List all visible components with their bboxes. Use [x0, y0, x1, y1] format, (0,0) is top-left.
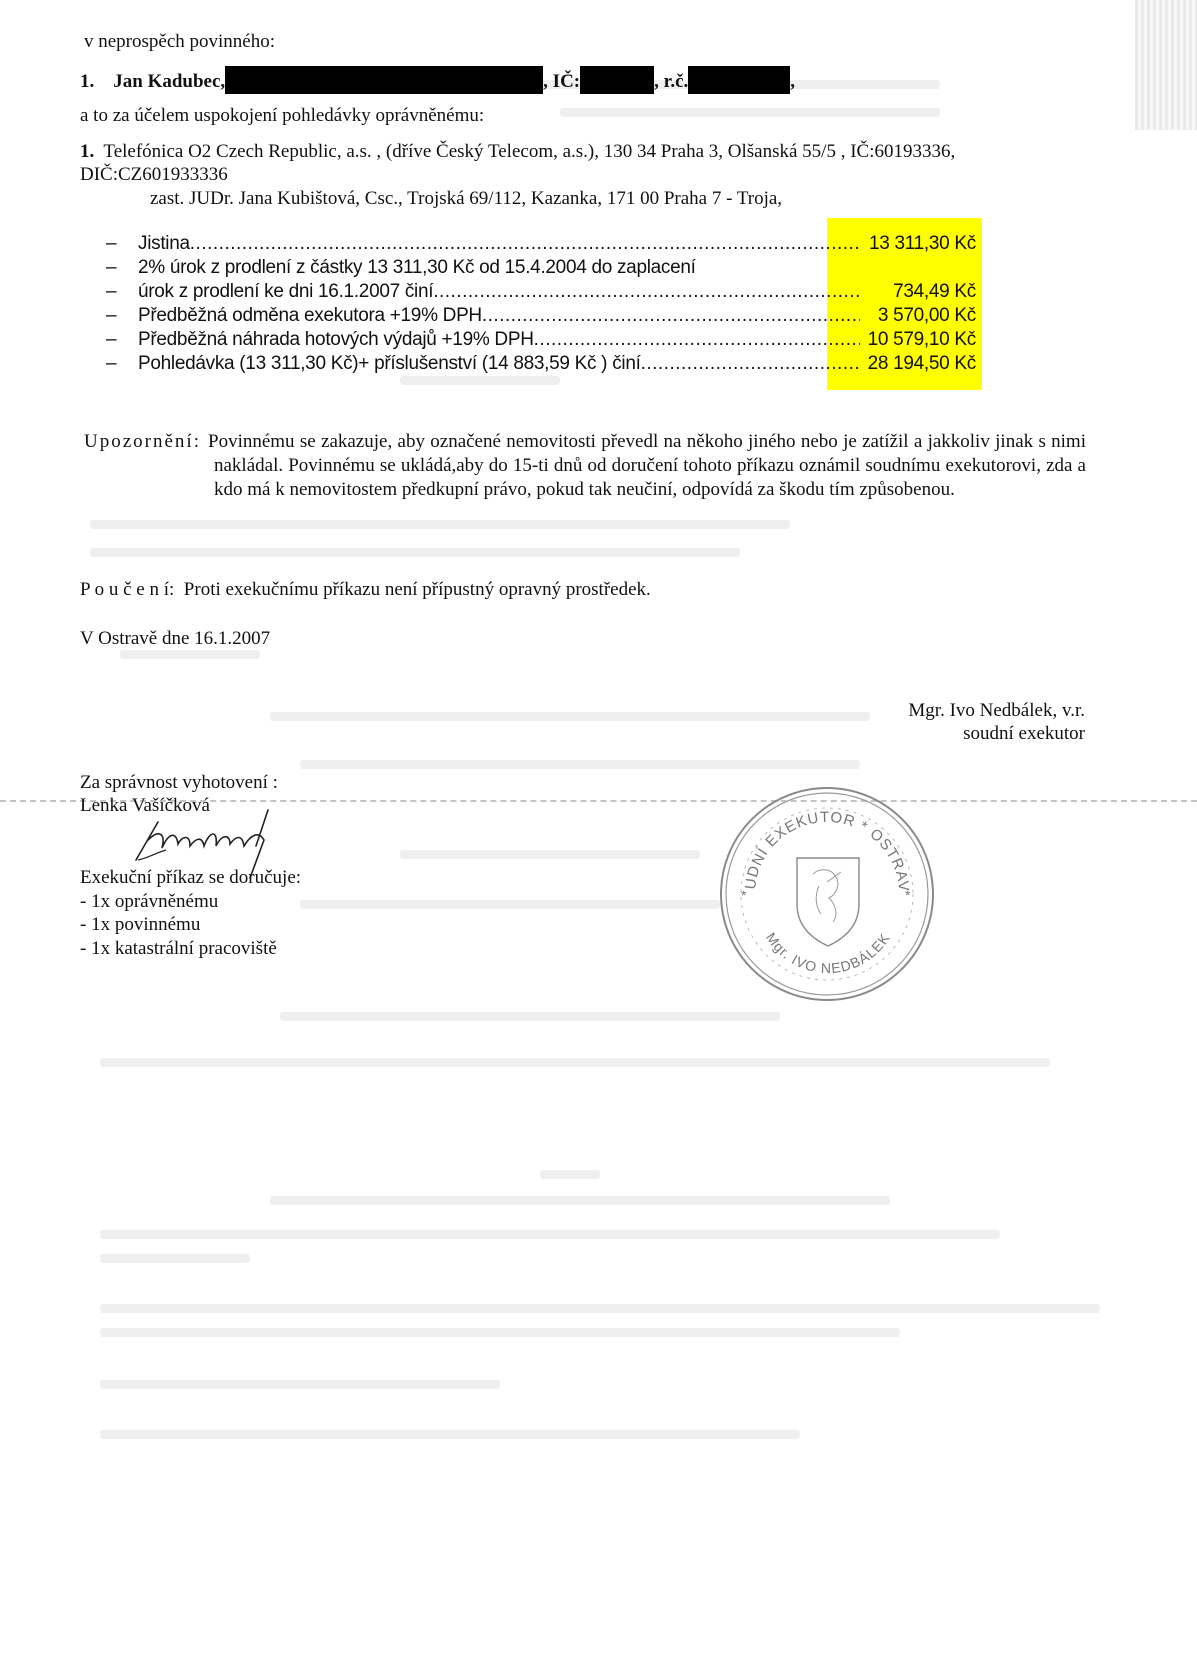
bleed-through-text: [270, 712, 870, 721]
notice-label: Upozornění:: [84, 430, 201, 454]
leader-dots: [482, 304, 860, 328]
leader-dots: [534, 328, 860, 352]
bleed-through-text: [90, 520, 790, 529]
claim-row: – úrok z prodlení ke dni 16.1.2007 činí …: [100, 280, 980, 304]
svg-text:Mgr. IVO NEDBÁLEK: Mgr. IVO NEDBÁLEK: [763, 930, 893, 977]
coat-of-arms-icon: [797, 858, 859, 946]
notice-text: Povinnému se zakazuje, aby označené nemo…: [208, 430, 1086, 502]
bleed-through-text: [270, 1196, 890, 1205]
bleed-through-text: [100, 1254, 250, 1263]
claim-amount: 13 311,30 Kč: [860, 232, 980, 256]
claim-row: – Jistina 13 311,30 Kč: [100, 232, 980, 256]
scan-artifact: [1135, 0, 1197, 130]
delivery-title: Exekuční příkaz se doručuje:: [80, 866, 301, 890]
claim-dash: –: [100, 304, 138, 328]
redacted-ic: [580, 66, 654, 94]
signatory-name: Mgr. Ivo Nedbálek, v.r.: [908, 699, 1085, 723]
delivery-item: - 1x povinnému: [80, 913, 200, 937]
instruction-text: Proti exekučnímu příkazu není přípustný …: [184, 579, 651, 600]
claim-label: Pohledávka (13 311,30 Kč)+ příslušenství…: [138, 352, 641, 376]
claim-amount: 10 579,10 Kč: [860, 328, 980, 352]
creditor-representative: zast. JUDr. Jana Kubištová, Csc., Trojsk…: [150, 187, 782, 211]
leader-dots: [433, 280, 860, 304]
debtor-line: 1. Jan Kadubec,, IČ:, r.č.,: [80, 66, 795, 94]
claim-label: 2% úrok z prodlení z částky 13 311,30 Kč…: [138, 256, 696, 280]
place-date: V Ostravě dne 16.1.2007: [80, 627, 270, 651]
leader-dots: [641, 352, 860, 376]
claim-row: – 2% úrok z prodlení z částky 13 311,30 …: [100, 256, 980, 280]
leader-dots: [190, 232, 860, 256]
bleed-through-text: [120, 650, 260, 659]
bleed-through-text: [100, 1430, 800, 1439]
stamp-bottom-text: Mgr. IVO NEDBÁLEK: [763, 930, 893, 977]
bleed-through-text: [540, 1170, 600, 1179]
instruction-label: P o u č e n í:: [80, 579, 174, 600]
stamp-top-text: SOUDNÍ EXEKUTOR * OSTRAVA *: [715, 782, 912, 892]
claim-dash: –: [100, 256, 138, 280]
creditor-number: 1.: [80, 141, 94, 162]
bleed-through-text: [300, 760, 860, 769]
bleed-through-text: [280, 1012, 780, 1021]
certification-label: Za správnost vyhotovení :: [80, 771, 278, 795]
bleed-through-text: [400, 850, 700, 859]
bleed-through-text: [90, 548, 740, 557]
creditor-tax-id: DIČ:CZ601933336: [80, 163, 228, 187]
claims-list: – Jistina 13 311,30 Kč – 2% úrok z prodl…: [100, 232, 980, 376]
debtor-number: 1.: [80, 71, 94, 92]
bleed-through-text: [100, 1328, 900, 1337]
claim-amount: 28 194,50 Kč: [860, 352, 980, 376]
bleed-through-text: [400, 376, 560, 385]
delivery-item: - 1x katastrální pracoviště: [80, 937, 277, 961]
claim-amount: 3 570,00 Kč: [860, 304, 980, 328]
delivery-item: - 1x oprávněnému: [80, 890, 218, 914]
debtor-trailing-comma: ,: [790, 71, 795, 92]
signatory-role: soudní exekutor: [963, 722, 1085, 746]
claim-label: Předběžná odměna exekutora +19% DPH: [138, 304, 482, 328]
bleed-through-text: [100, 1230, 1000, 1239]
purpose-line: a to za účelem uspokojení pohledávky opr…: [80, 104, 484, 128]
official-stamp: SOUDNÍ EXEKUTOR * OSTRAVA * Mgr. IVO NED…: [715, 782, 940, 1007]
bleed-through-text: [100, 1380, 500, 1389]
bleed-through-text: [560, 108, 940, 117]
claim-dash: –: [100, 352, 138, 376]
redacted-birth-number: [688, 66, 790, 94]
claim-label: Předběžná náhrada hotových výdajů +19% D…: [138, 328, 534, 352]
creditor-address: Telefónica O2 Czech Republic, a.s. , (dř…: [103, 141, 955, 162]
bleed-through-text: [100, 1058, 1050, 1067]
rc-label: , r.č.: [654, 71, 688, 92]
bleed-through-text: [300, 900, 720, 909]
creditor-line-1: 1. Telefónica O2 Czech Republic, a.s. , …: [80, 140, 955, 164]
stamp-star-left: *: [741, 887, 747, 903]
ic-label: , IČ:: [543, 71, 580, 92]
debtor-intro: v neprospěch povinného:: [84, 30, 275, 54]
claim-dash: –: [100, 280, 138, 304]
claim-label: úrok z prodlení ke dni 16.1.2007 činí: [138, 280, 433, 304]
debtor-name: Jan Kadubec,: [113, 71, 225, 92]
redacted-address: [225, 66, 543, 94]
claim-label: Jistina: [138, 232, 190, 256]
claim-row: – Předběžná odměna exekutora +19% DPH 3 …: [100, 304, 980, 328]
bleed-through-text: [100, 1304, 1100, 1313]
claim-dash: –: [100, 232, 138, 256]
svg-text:SOUDNÍ EXEKUTOR * OSTRAVA *: SOUDNÍ EXEKUTOR * OSTRAVA *: [715, 782, 912, 892]
claim-row: – Předběžná náhrada hotových výdajů +19%…: [100, 328, 980, 352]
claim-amount: 734,49 Kč: [860, 280, 980, 304]
instruction-line: P o u č e n í: Proti exekučnímu příkazu …: [80, 578, 651, 602]
claim-dash: –: [100, 328, 138, 352]
claim-row: – Pohledávka (13 311,30 Kč)+ příslušenst…: [100, 352, 980, 376]
stamp-star-right: *: [905, 887, 911, 903]
